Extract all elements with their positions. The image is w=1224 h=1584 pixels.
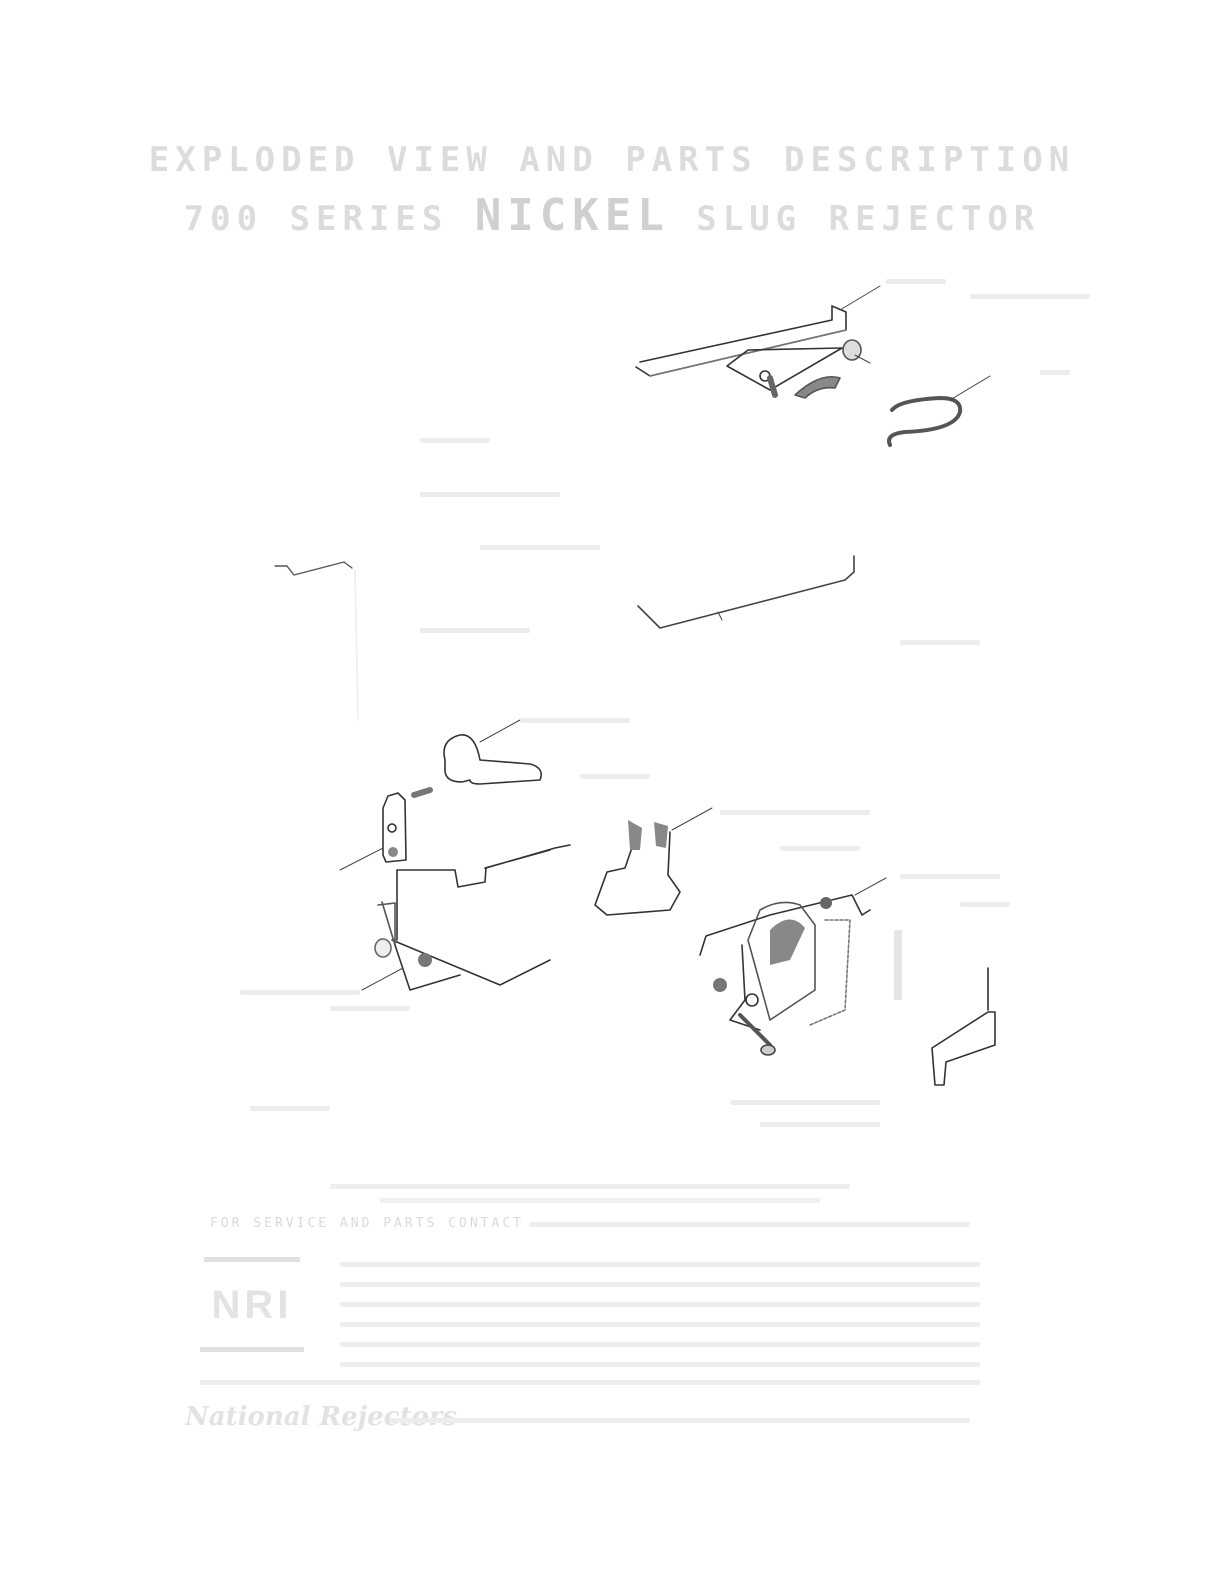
- part-label: [720, 810, 870, 815]
- part-label: [730, 1100, 880, 1105]
- paragraph-line: [340, 1342, 980, 1347]
- small-bracket-part: [383, 790, 430, 862]
- paragraph-line: [200, 1380, 980, 1385]
- figure-caption-line: [380, 1198, 820, 1203]
- service-contact-rest: [530, 1222, 970, 1227]
- paragraph-line: [340, 1282, 980, 1287]
- paragraph-line: [340, 1322, 980, 1327]
- paragraph-line: [340, 1262, 980, 1267]
- company-address-line: [390, 1418, 970, 1423]
- company-signature: National Rejectors: [185, 1402, 457, 1432]
- part-label: [886, 279, 946, 284]
- part-label: [900, 640, 980, 645]
- service-contact-heading: FOR SERVICE AND PARTS CONTACT: [210, 1216, 524, 1231]
- lever-rod-part: [636, 306, 861, 398]
- bell-lever-part: [595, 820, 680, 915]
- right-bracket-part: [932, 968, 995, 1085]
- part-label: [520, 718, 630, 723]
- figure-caption-line: [330, 1184, 850, 1189]
- part-label: [420, 628, 530, 633]
- part-label: [250, 1106, 330, 1111]
- part-label: [960, 902, 1010, 907]
- rear-plate-part: [638, 556, 854, 628]
- part-label: [1040, 370, 1070, 375]
- part-label: [240, 990, 360, 995]
- part-label: [330, 1006, 410, 1011]
- faded-spring-part: [894, 930, 902, 1000]
- part-label: [420, 438, 490, 443]
- part-label: [780, 846, 860, 851]
- main-frame-part: [375, 845, 570, 990]
- paragraph-line: [340, 1362, 980, 1367]
- logo-text: NRI: [196, 1283, 308, 1328]
- spring-clip-part: [889, 398, 960, 445]
- paragraph-line: [340, 1302, 980, 1307]
- part-label: [760, 1122, 880, 1127]
- nri-logo: NRI: [196, 1255, 308, 1353]
- part-label: [970, 294, 1090, 299]
- part-label: [480, 545, 600, 550]
- part-label: [420, 492, 560, 497]
- part-label: [580, 774, 650, 779]
- central-mechanism-part: [700, 895, 870, 1055]
- part-label: [900, 874, 1000, 879]
- side-plate-part: [275, 562, 352, 575]
- hook-lever-part: [444, 735, 541, 784]
